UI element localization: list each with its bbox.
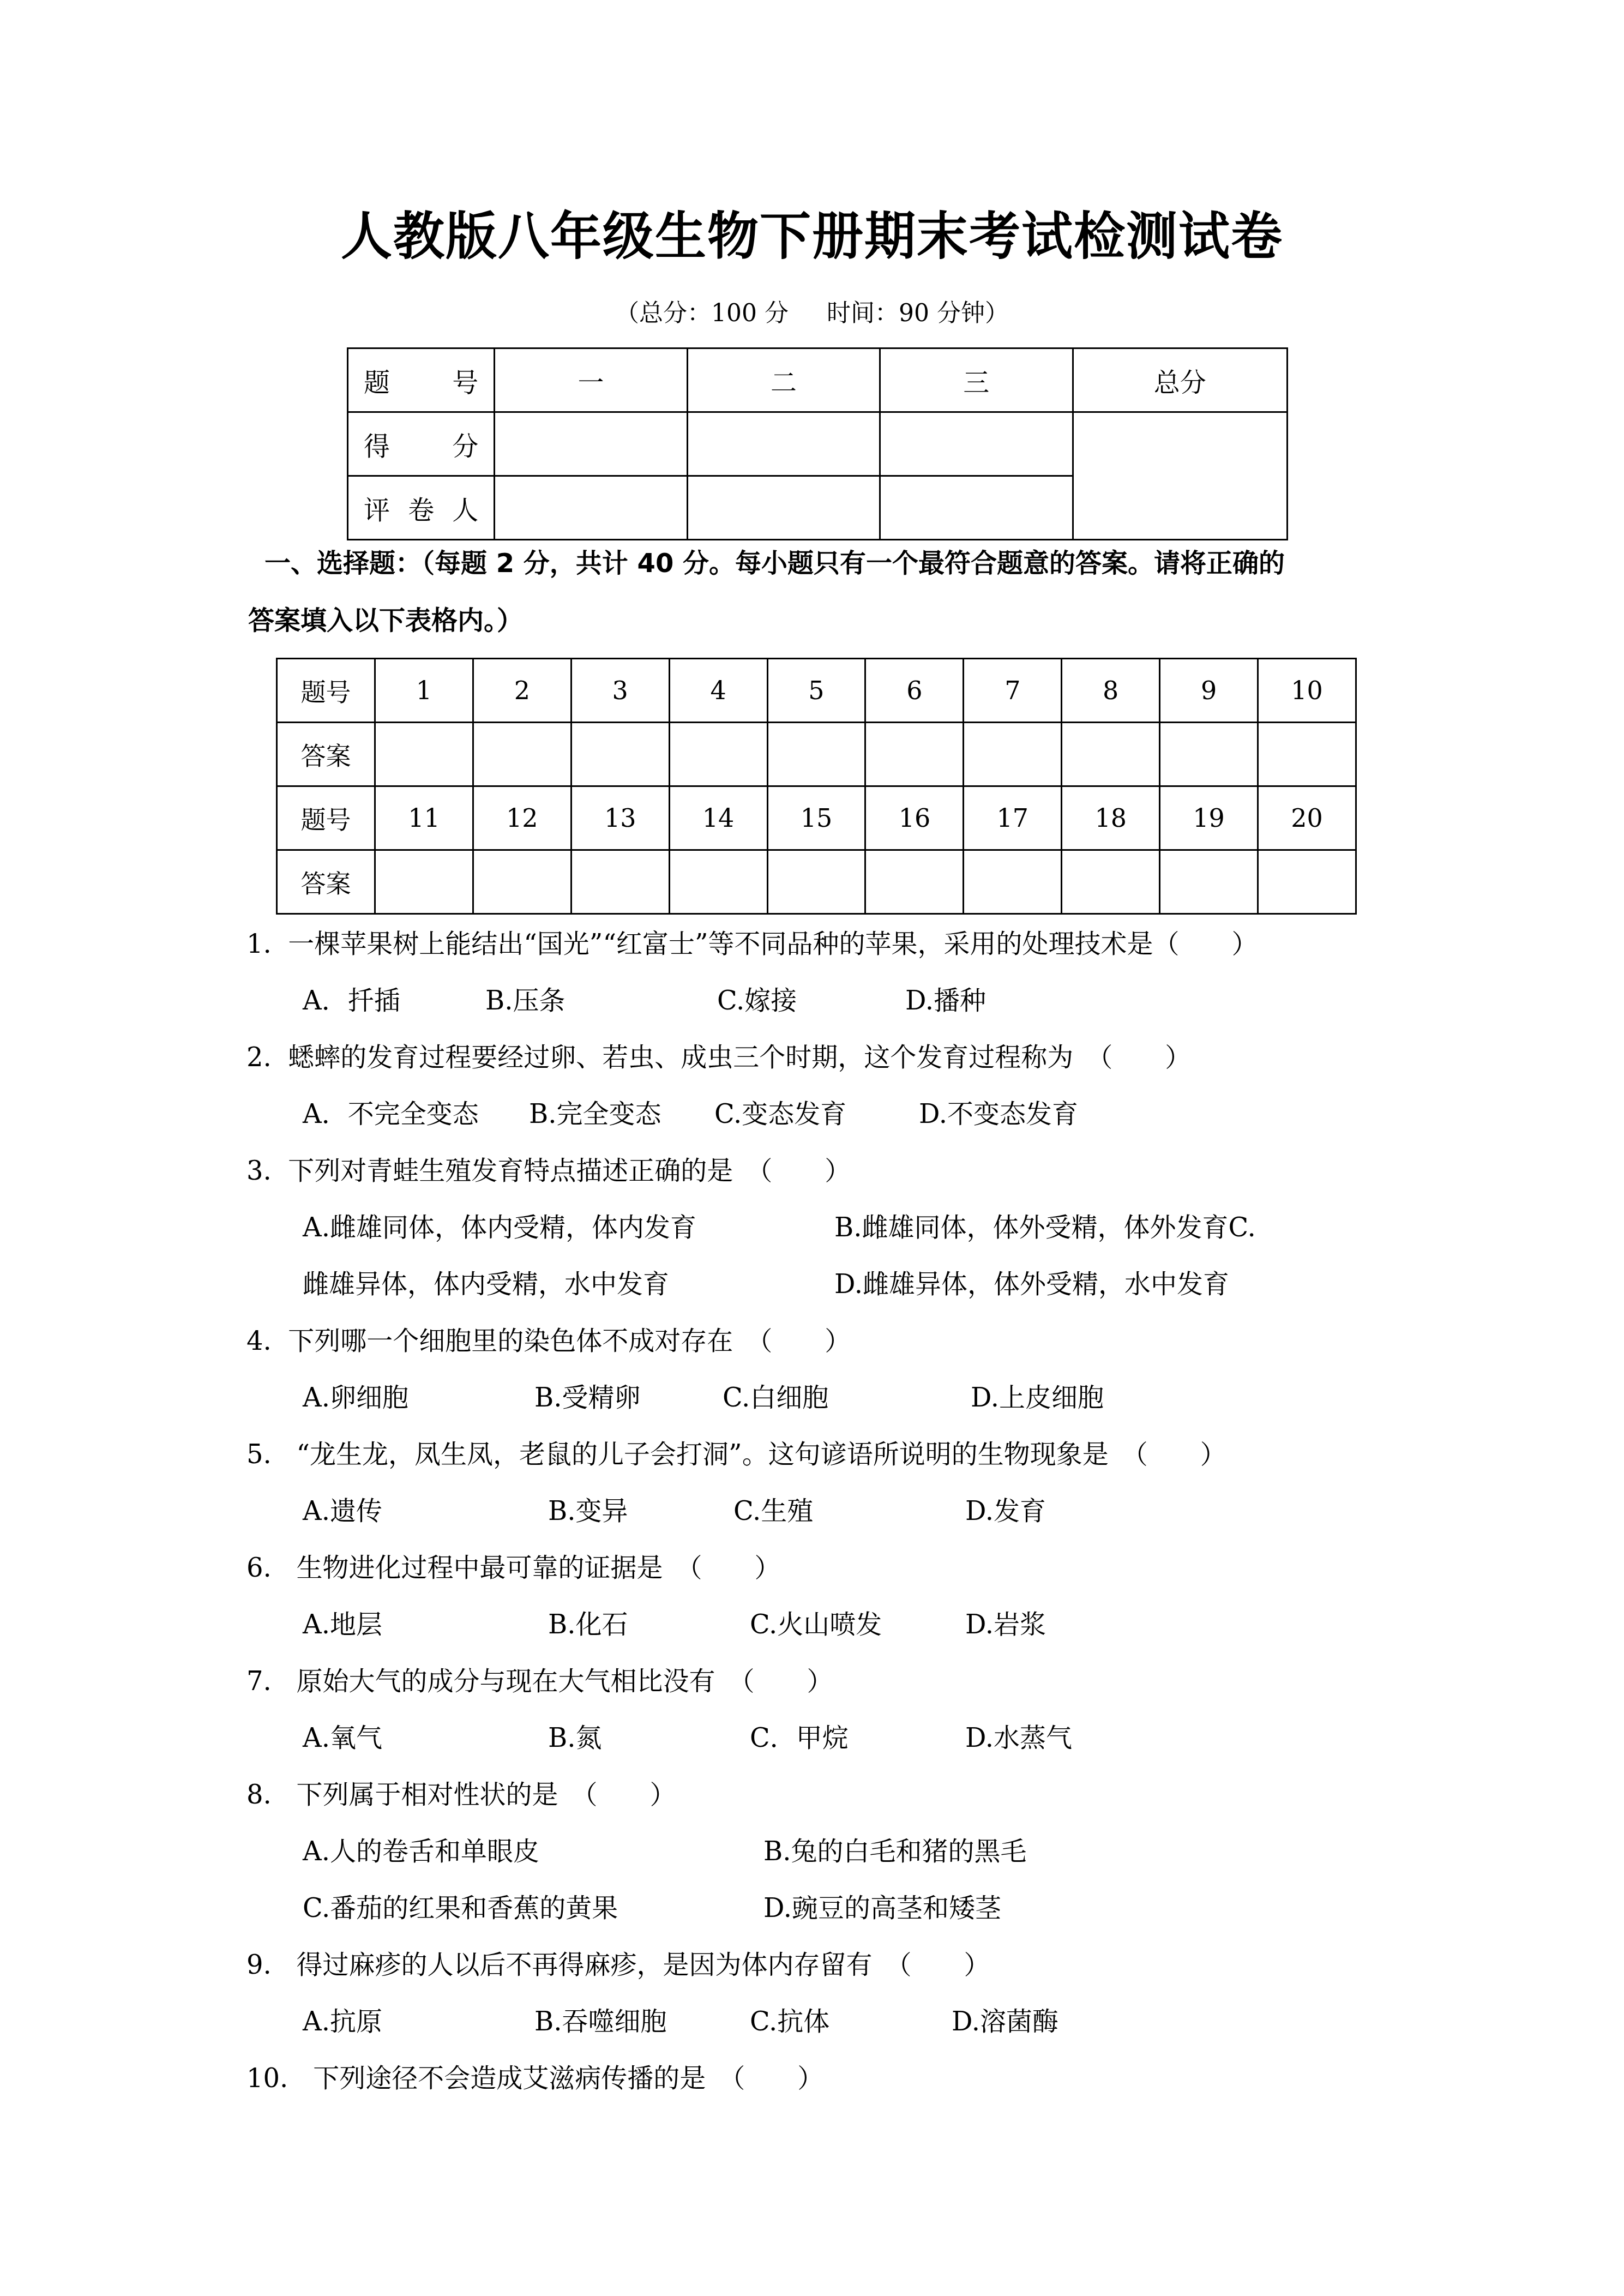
question-number-cell: 18 xyxy=(1062,786,1160,850)
answer-cell[interactable] xyxy=(1258,723,1356,786)
answer-cell[interactable] xyxy=(1062,723,1160,786)
question-number-cell: 17 xyxy=(964,786,1062,850)
q4-option-c[interactable]: C.白细胞 xyxy=(723,1379,828,1417)
question-number-cell: 20 xyxy=(1258,786,1356,850)
q2-option-b[interactable]: B.完全变态 xyxy=(529,1095,661,1133)
question-1: 1. 一棵苹果树上能结出“国光”“红富士”等不同品种的苹果，采用的处理技术是（ … xyxy=(246,925,1258,963)
answer-grid-answer-row-1: 答案 xyxy=(277,723,1356,786)
score-cell-1[interactable] xyxy=(495,412,687,476)
question-number-cell: 9 xyxy=(1160,659,1258,723)
answer-cell[interactable] xyxy=(375,850,473,914)
q1-option-d[interactable]: D.播种 xyxy=(905,982,986,1020)
q3-option-d[interactable]: D.雌雄异体，体外受精，水中发育 xyxy=(834,1265,1229,1303)
column-header-total: 总分 xyxy=(1073,348,1287,412)
q7-option-d[interactable]: D.水蒸气 xyxy=(965,1719,1072,1757)
question-number-cell: 4 xyxy=(669,659,767,723)
grader-cell-3[interactable] xyxy=(880,476,1073,540)
q1-option-c[interactable]: C.嫁接 xyxy=(717,982,797,1020)
q7-option-a[interactable]: A.氧气 xyxy=(303,1719,382,1757)
answer-cell[interactable] xyxy=(1160,850,1258,914)
q8-option-a[interactable]: A.人的卷舌和单眼皮 xyxy=(303,1832,539,1871)
q6-option-c[interactable]: C.火山喷发 xyxy=(750,1606,882,1644)
exam-info: （总分：100 分时间：90 分钟） xyxy=(0,297,1624,330)
q9-option-d[interactable]: D.溶菌酶 xyxy=(952,2003,1058,2041)
answer-cell[interactable] xyxy=(1160,723,1258,786)
answer-cell[interactable] xyxy=(571,850,669,914)
answer-cell[interactable] xyxy=(669,850,767,914)
q5-option-d[interactable]: D.发育 xyxy=(965,1492,1046,1530)
q6-option-b[interactable]: B.化石 xyxy=(548,1606,628,1644)
q8-option-b[interactable]: B.兔的白毛和猪的黑毛 xyxy=(763,1832,1027,1871)
question-6: 6. 生物进化过程中最可靠的证据是 （ ） xyxy=(246,1549,781,1587)
q2-option-d[interactable]: D.不变态发育 xyxy=(919,1095,1078,1133)
total-score-info: （总分：100 分 xyxy=(615,297,789,330)
q3-option-b[interactable]: B.雌雄同体，体外受精，体外发育C. xyxy=(834,1209,1256,1247)
q1-option-a[interactable]: A．扦插 xyxy=(303,982,400,1020)
question-number-cell: 1 xyxy=(375,659,473,723)
answer-cell[interactable] xyxy=(767,723,865,786)
question-8: 8. 下列属于相对性状的是 （ ） xyxy=(246,1776,676,1814)
page-title: 人教版八年级生物下册期末考试检测试卷 xyxy=(0,205,1624,270)
q3-option-a[interactable]: A.雌雄同体，体内受精，体内发育 xyxy=(303,1209,696,1247)
question-number-cell: 3 xyxy=(571,659,669,723)
q8-option-d[interactable]: D.豌豆的高茎和矮茎 xyxy=(763,1889,1001,1927)
q1-option-b[interactable]: B.压条 xyxy=(485,982,566,1020)
column-header-3: 三 xyxy=(880,348,1073,412)
q9-option-c[interactable]: C.抗体 xyxy=(750,2003,829,2041)
q6-option-d[interactable]: D.岩浆 xyxy=(965,1606,1046,1644)
answer-grid-number-row-2: 题号 11 12 13 14 15 16 17 18 19 20 xyxy=(277,786,1356,850)
q7-option-b[interactable]: B.氮 xyxy=(548,1719,602,1757)
answer-cell[interactable] xyxy=(1258,850,1356,914)
column-header-2: 二 xyxy=(687,348,880,412)
q5-option-c[interactable]: C.生殖 xyxy=(733,1492,813,1530)
question-number-cell: 10 xyxy=(1258,659,1356,723)
answer-cell[interactable] xyxy=(473,850,571,914)
row-label-grader: 评卷人 xyxy=(348,476,495,540)
answer-cell[interactable] xyxy=(964,850,1062,914)
answer-grid-label-number: 题号 xyxy=(277,659,375,723)
answer-cell[interactable] xyxy=(865,723,964,786)
question-10: 10. 下列途径不会造成艾滋病传播的是 （ ） xyxy=(246,2059,823,2097)
answer-grid: 题号 1 2 3 4 5 6 7 8 9 10 答案 题号 11 12 13 1… xyxy=(276,658,1357,915)
q9-option-a[interactable]: A.抗原 xyxy=(303,2003,382,2041)
q5-option-a[interactable]: A.遗传 xyxy=(303,1492,382,1530)
question-number-cell: 8 xyxy=(1062,659,1160,723)
question-5: 5. “龙生龙，凤生凤，老鼠的儿子会打洞”。这句谚语所说明的生物现象是 （ ） xyxy=(246,1435,1226,1474)
question-number-cell: 6 xyxy=(865,659,964,723)
section-heading: 一、选择题：（每题 2 分，共计 40 分。每小题只有一个最符合题意的答案。请将… xyxy=(248,544,1393,640)
answer-grid-label-answer: 答案 xyxy=(277,850,375,914)
question-number-cell: 7 xyxy=(964,659,1062,723)
score-cell-3[interactable] xyxy=(880,412,1073,476)
question-number-cell: 15 xyxy=(767,786,865,850)
grader-cell-1[interactable] xyxy=(495,476,687,540)
question-number-cell: 16 xyxy=(865,786,964,850)
answer-grid-answer-row-2: 答案 xyxy=(277,850,1356,914)
answer-cell[interactable] xyxy=(767,850,865,914)
q2-option-a[interactable]: A．不完全变态 xyxy=(303,1095,479,1133)
q7-option-c[interactable]: C．甲烷 xyxy=(750,1719,849,1757)
answer-cell[interactable] xyxy=(1062,850,1160,914)
score-table: 题号 一 二 三 总分 得分 评卷人 xyxy=(347,347,1288,540)
answer-grid-label-number: 题号 xyxy=(277,786,375,850)
question-3: 3. 下列对青蛙生殖发育特点描述正确的是 （ ） xyxy=(246,1152,851,1190)
answer-cell[interactable] xyxy=(964,723,1062,786)
score-row: 得分 xyxy=(348,412,1288,476)
answer-cell[interactable] xyxy=(865,850,964,914)
question-number-cell: 14 xyxy=(669,786,767,850)
question-number-cell: 12 xyxy=(473,786,571,850)
question-number-cell: 5 xyxy=(767,659,865,723)
answer-cell[interactable] xyxy=(473,723,571,786)
question-2: 2. 蟋蟀的发育过程要经过卵、若虫、成虫三个时期，这个发育过程称为 （ ） xyxy=(246,1038,1191,1077)
question-number-cell: 2 xyxy=(473,659,571,723)
answer-cell[interactable] xyxy=(375,723,473,786)
answer-cell[interactable] xyxy=(571,723,669,786)
q4-option-a[interactable]: A.卵细胞 xyxy=(303,1379,408,1417)
grader-cell-2[interactable] xyxy=(687,476,880,540)
q3-option-c[interactable]: 雌雄异体，体内受精，水中发育 xyxy=(303,1265,669,1303)
question-9: 9. 得过麻疹的人以后不再得麻疹，是因为体内存留有 （ ） xyxy=(246,1946,990,1984)
question-number-cell: 11 xyxy=(375,786,473,850)
answer-grid-number-row-1: 题号 1 2 3 4 5 6 7 8 9 10 xyxy=(277,659,1356,723)
q6-option-a[interactable]: A.地层 xyxy=(303,1606,382,1644)
score-table-header-row: 题号 一 二 三 总分 xyxy=(348,348,1288,412)
q9-option-b[interactable]: B.吞噬细胞 xyxy=(534,2003,667,2041)
exam-page: 人教版八年级生物下册期末考试检测试卷 （总分：100 分时间：90 分钟） 题号… xyxy=(0,0,1624,2296)
total-score-cell[interactable] xyxy=(1073,412,1287,540)
question-7: 7. 原始大气的成分与现在大气相比没有 （ ） xyxy=(246,1662,833,1700)
question-4: 4. 下列哪一个细胞里的染色体不成对存在 （ ） xyxy=(246,1322,851,1360)
column-header-1: 一 xyxy=(495,348,687,412)
q8-option-c[interactable]: C.番茄的红果和香蕉的黄果 xyxy=(303,1889,618,1927)
time-info: 时间：90 分钟） xyxy=(827,297,1009,330)
score-cell-2[interactable] xyxy=(687,412,880,476)
q4-option-d[interactable]: D.上皮细胞 xyxy=(971,1379,1104,1417)
question-number-cell: 19 xyxy=(1160,786,1258,850)
row-label-score: 得分 xyxy=(348,412,495,476)
answer-grid-label-answer: 答案 xyxy=(277,723,375,786)
q5-option-b[interactable]: B.变异 xyxy=(548,1492,628,1530)
section-heading-line2: 答案填入以下表格内。） xyxy=(248,602,1393,640)
section-heading-line1: 一、选择题：（每题 2 分，共计 40 分。每小题只有一个最符合题意的答案。请将… xyxy=(248,544,1393,582)
row-label-question-number: 题号 xyxy=(348,348,495,412)
q4-option-b[interactable]: B.受精卵 xyxy=(534,1379,641,1417)
answer-cell[interactable] xyxy=(669,723,767,786)
q2-option-c[interactable]: C.变态发育 xyxy=(714,1095,846,1133)
question-number-cell: 13 xyxy=(571,786,669,850)
